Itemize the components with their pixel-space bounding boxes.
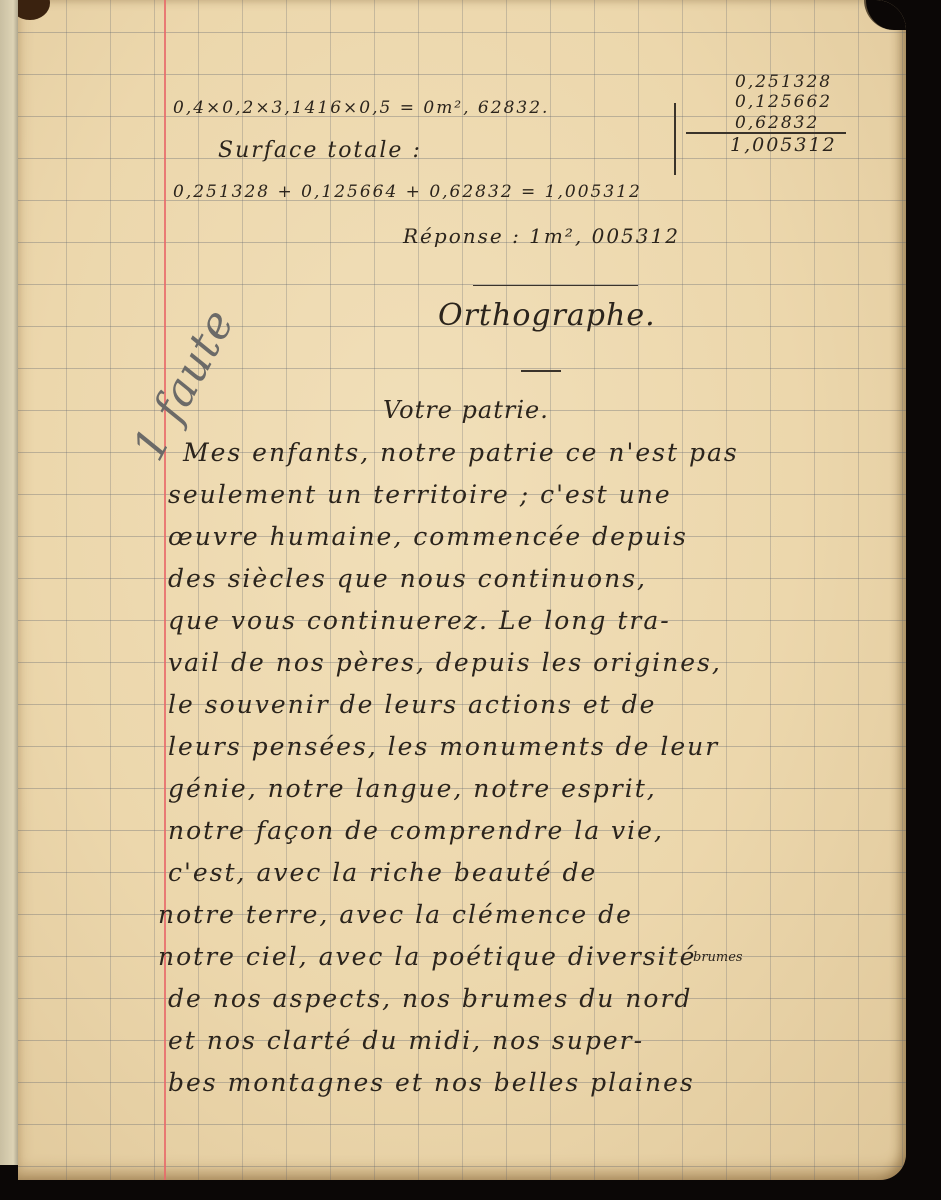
title-rule-bottom — [521, 370, 561, 372]
text-line: génie, notre langue, notre esprit, — [168, 774, 657, 803]
page-corner-curl — [864, 0, 906, 30]
text-line: bes montagnes et nos belles plaines — [168, 1068, 695, 1097]
title-rule-top — [473, 285, 638, 286]
text-line: notre façon de comprendre la vie, — [168, 816, 664, 845]
text-line: notre terre, avec la clémence de — [158, 900, 633, 929]
text-line: le souvenir de leurs actions et de — [168, 690, 656, 719]
addition-row: 0,125662 — [735, 92, 832, 112]
section-title: Orthographe. — [438, 298, 656, 333]
text-line: c'est, avec la riche beauté de — [168, 858, 597, 887]
sum-calculation: 0,251328 + 0,125664 + 0,62832 = 1,005312 — [173, 182, 642, 202]
dictation-title: Votre patrie. — [383, 396, 549, 424]
answer-line: Réponse : 1m², 005312 — [403, 224, 680, 248]
text-line: vail de nos pères, depuis les origines, — [168, 648, 722, 677]
text-line: des siècles que nous continuons, — [168, 564, 647, 593]
text-line: œuvre humaine, commencée depuis — [168, 522, 688, 551]
text-line: et nos clarté du midi, nos super- — [168, 1026, 644, 1055]
notebook-page: 0,4×0,2×3,1416×0,5 = 0m², 62832. Surface… — [18, 0, 906, 1180]
volume-calculation: 0,4×0,2×3,1416×0,5 = 0m², 62832. — [173, 98, 549, 118]
text-line: de nos aspects, nos brumes du nord — [168, 984, 692, 1013]
addition-row: 0,251328 — [735, 72, 832, 92]
text-line: seulement un territoire ; c'est une — [168, 480, 672, 509]
addition-separator — [674, 103, 676, 175]
text-line: Mes enfants, notre patrie ce n'est pas — [183, 438, 739, 467]
text-line: leurs pensées, les monuments de leur — [168, 732, 719, 761]
inserted-correction: brumes — [693, 950, 743, 965]
ink-stain — [18, 0, 50, 20]
margin-line — [164, 0, 166, 1180]
text-line: notre ciel, avec la poétique diversité — [158, 942, 696, 971]
text-line: que vous continuerez. Le long tra- — [168, 606, 671, 635]
addition-row: 0,62832 — [735, 113, 819, 133]
addition-total: 1,005312 — [730, 134, 837, 156]
surface-label: Surface totale : — [218, 138, 422, 163]
